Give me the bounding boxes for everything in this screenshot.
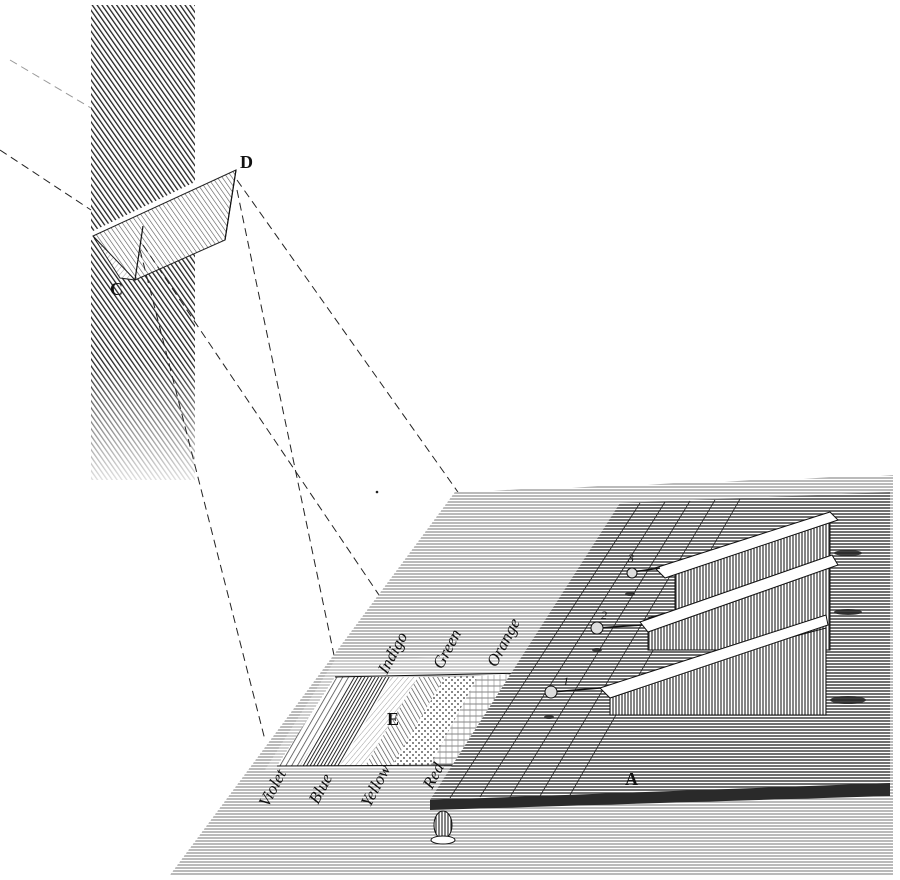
label-d: D: [240, 152, 253, 172]
label-a: A: [625, 769, 638, 789]
label-c: C: [110, 279, 123, 299]
thermometer-label-3: 3: [627, 551, 634, 565]
engraving-figure: D C E A Violet Blue Yellow Red Indigo Gr…: [0, 0, 900, 880]
label-e: E: [387, 709, 399, 729]
thermometer-label-2: 2: [601, 608, 607, 622]
thermometer-label-1: 1: [563, 674, 569, 688]
mark-dot: [376, 491, 379, 494]
